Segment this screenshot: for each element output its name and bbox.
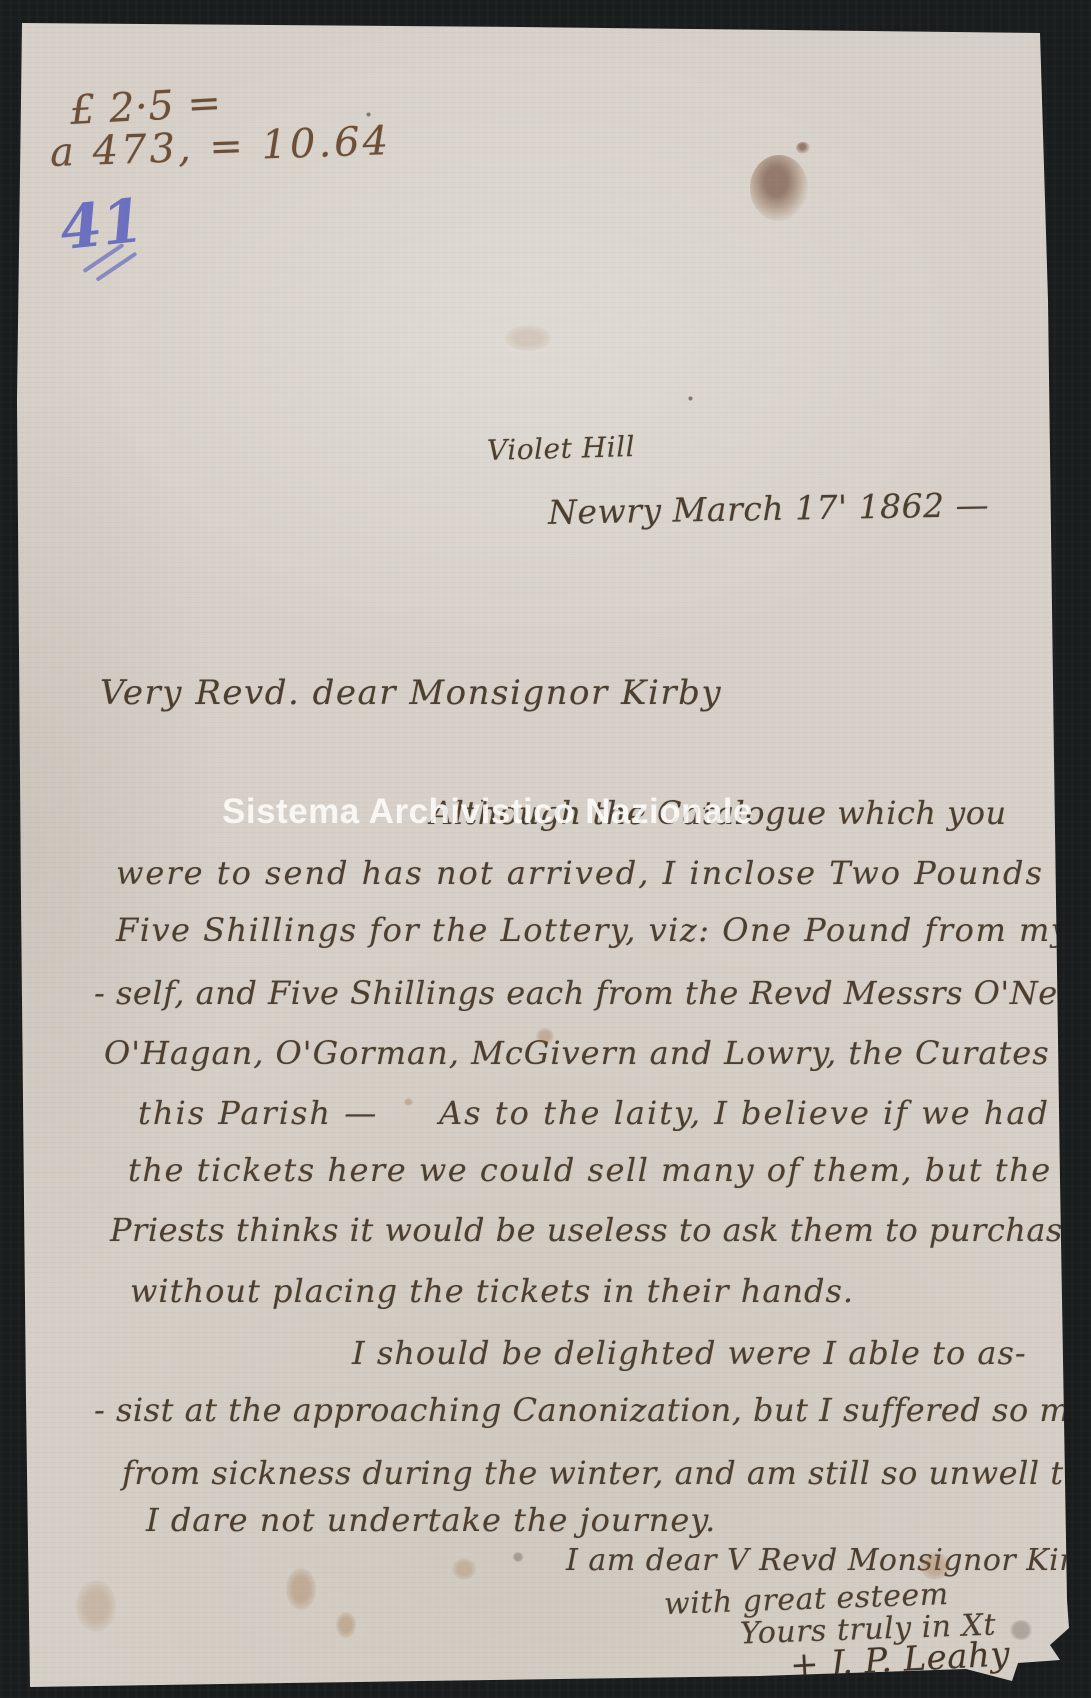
scan-background: £ 2·5 = a 473, = 10.64 41 Violet Hill Ne… [0, 0, 1091, 1698]
place-line: Violet Hill [487, 430, 636, 467]
letter-line: without placing the tickets in their han… [130, 1272, 854, 1310]
stain [76, 1580, 116, 1632]
salutation-line: Very Revd. dear Monsignor Kirby [100, 673, 722, 713]
letter-line: I dare not undertake the journey. [146, 1501, 716, 1539]
stain [688, 396, 693, 401]
letter-line: - sist at the approaching Canonization, … [94, 1391, 1091, 1429]
stain [512, 1552, 524, 1562]
letter-line: Priests thinks it would be useless to as… [110, 1211, 1082, 1249]
date-line: Newry March 17' 1862 — [548, 485, 990, 532]
ink-blot [796, 142, 810, 154]
letter-line: from sickness during the winter, and am … [122, 1454, 1091, 1492]
stain [1008, 1620, 1034, 1640]
stain [536, 1028, 554, 1044]
watermark-text: Sistema Archivistico Nazionale [222, 792, 753, 832]
stain [920, 1552, 950, 1580]
stain [366, 112, 371, 117]
letter-line: Five Shillings for the Lottery, viz: One… [116, 911, 1083, 949]
letter-line: O'Hagan, O'Gorman, McGivern and Lowry, t… [104, 1034, 1091, 1072]
stain [505, 325, 551, 351]
closing-line: I am dear V Revd Monsignor Kirby [566, 1543, 1091, 1578]
stain [452, 1558, 476, 1580]
folio-number: 41 [57, 186, 147, 264]
stain [404, 1098, 413, 1106]
letter-paper: £ 2·5 = a 473, = 10.64 41 Violet Hill Ne… [0, 0, 1091, 1698]
letter-line: were to send has not arrived, I inclose … [116, 854, 1044, 892]
letter-line: this Parish — As to the laity, I believe… [138, 1094, 1050, 1132]
stain [336, 1612, 356, 1638]
letter-line: the tickets here we could sell many of t… [128, 1151, 1052, 1189]
ink-blot [750, 155, 808, 221]
stain [286, 1568, 316, 1610]
letter-line: - self, and Five Shillings each from the… [94, 974, 1090, 1012]
letter-line: I should be delighted were I able to as- [352, 1334, 1027, 1372]
